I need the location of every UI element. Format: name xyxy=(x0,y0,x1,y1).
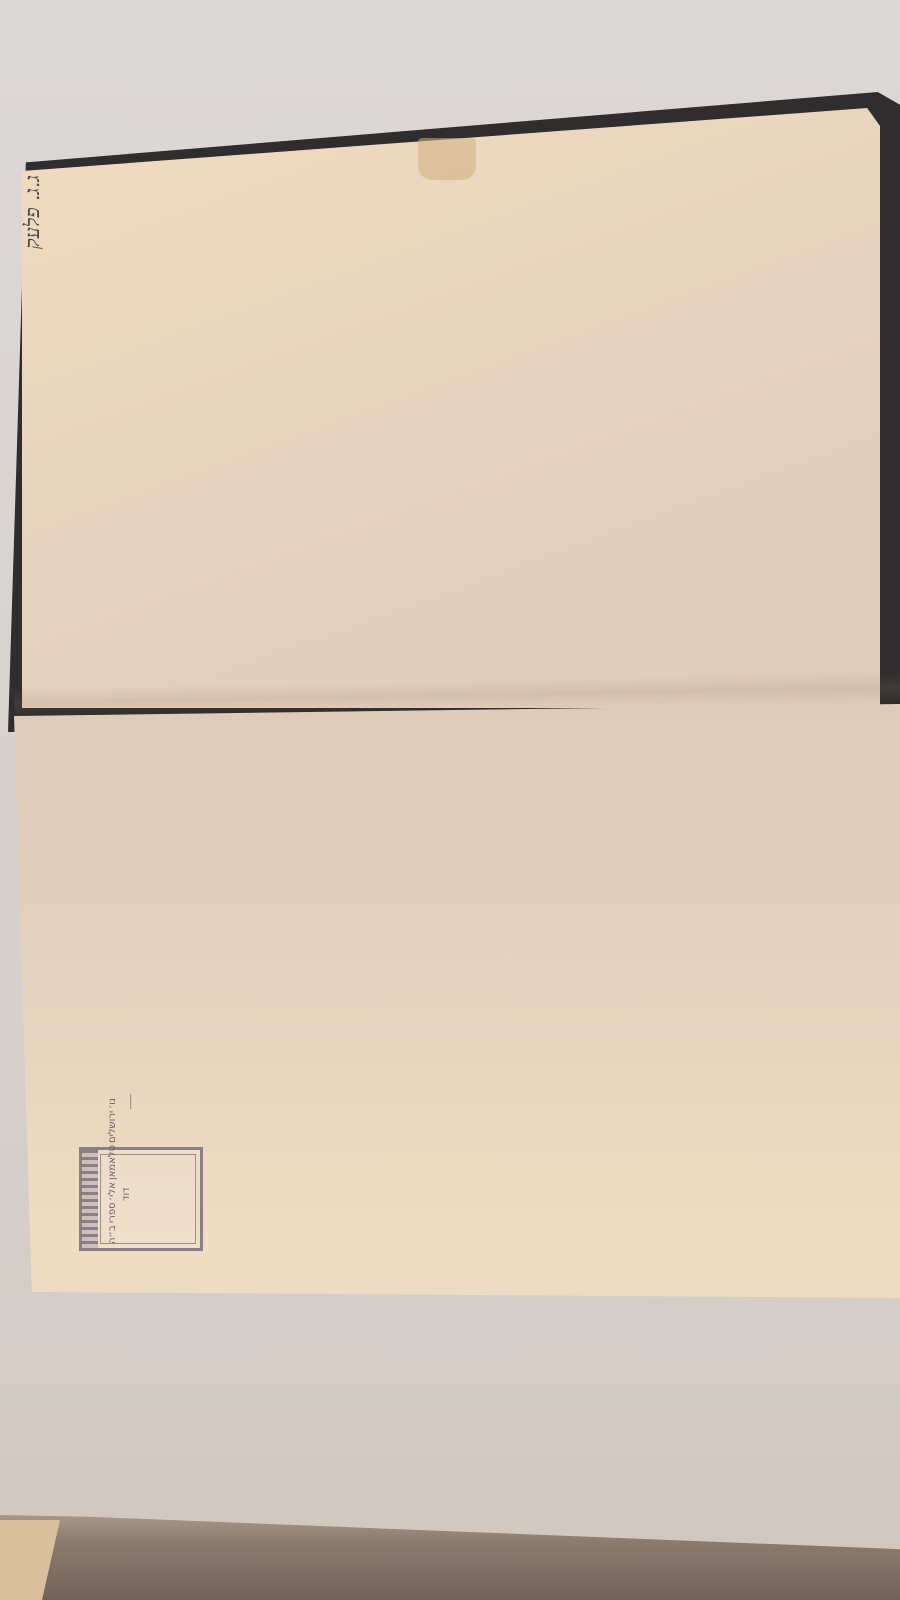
handwritten-inscription: ג.ג. פלעק xyxy=(20,175,48,275)
stamp-line: ב״ה xyxy=(106,1225,196,1244)
stamp-line: אלי׳ דוד xyxy=(106,1182,196,1201)
endpaper-top xyxy=(22,108,880,708)
stamp-line: סלאמאן xyxy=(106,1145,196,1180)
adjacent-book xyxy=(0,1515,900,1600)
stamp-text: ב״ה ספרי אלי׳ דוד סלאמאן ירושלים נו׳ ___ xyxy=(106,1156,196,1244)
tape-stain xyxy=(418,138,476,180)
stamp-ornament xyxy=(82,1150,98,1248)
stamp-line: ספרי xyxy=(106,1203,196,1224)
stamp-line: ירושלים xyxy=(106,1111,196,1143)
stamp-line: נו׳ ___ xyxy=(106,1094,196,1109)
owner-stamp: ב״ה ספרי אלי׳ דוד סלאמאן ירושלים נו׳ ___ xyxy=(79,1147,203,1251)
